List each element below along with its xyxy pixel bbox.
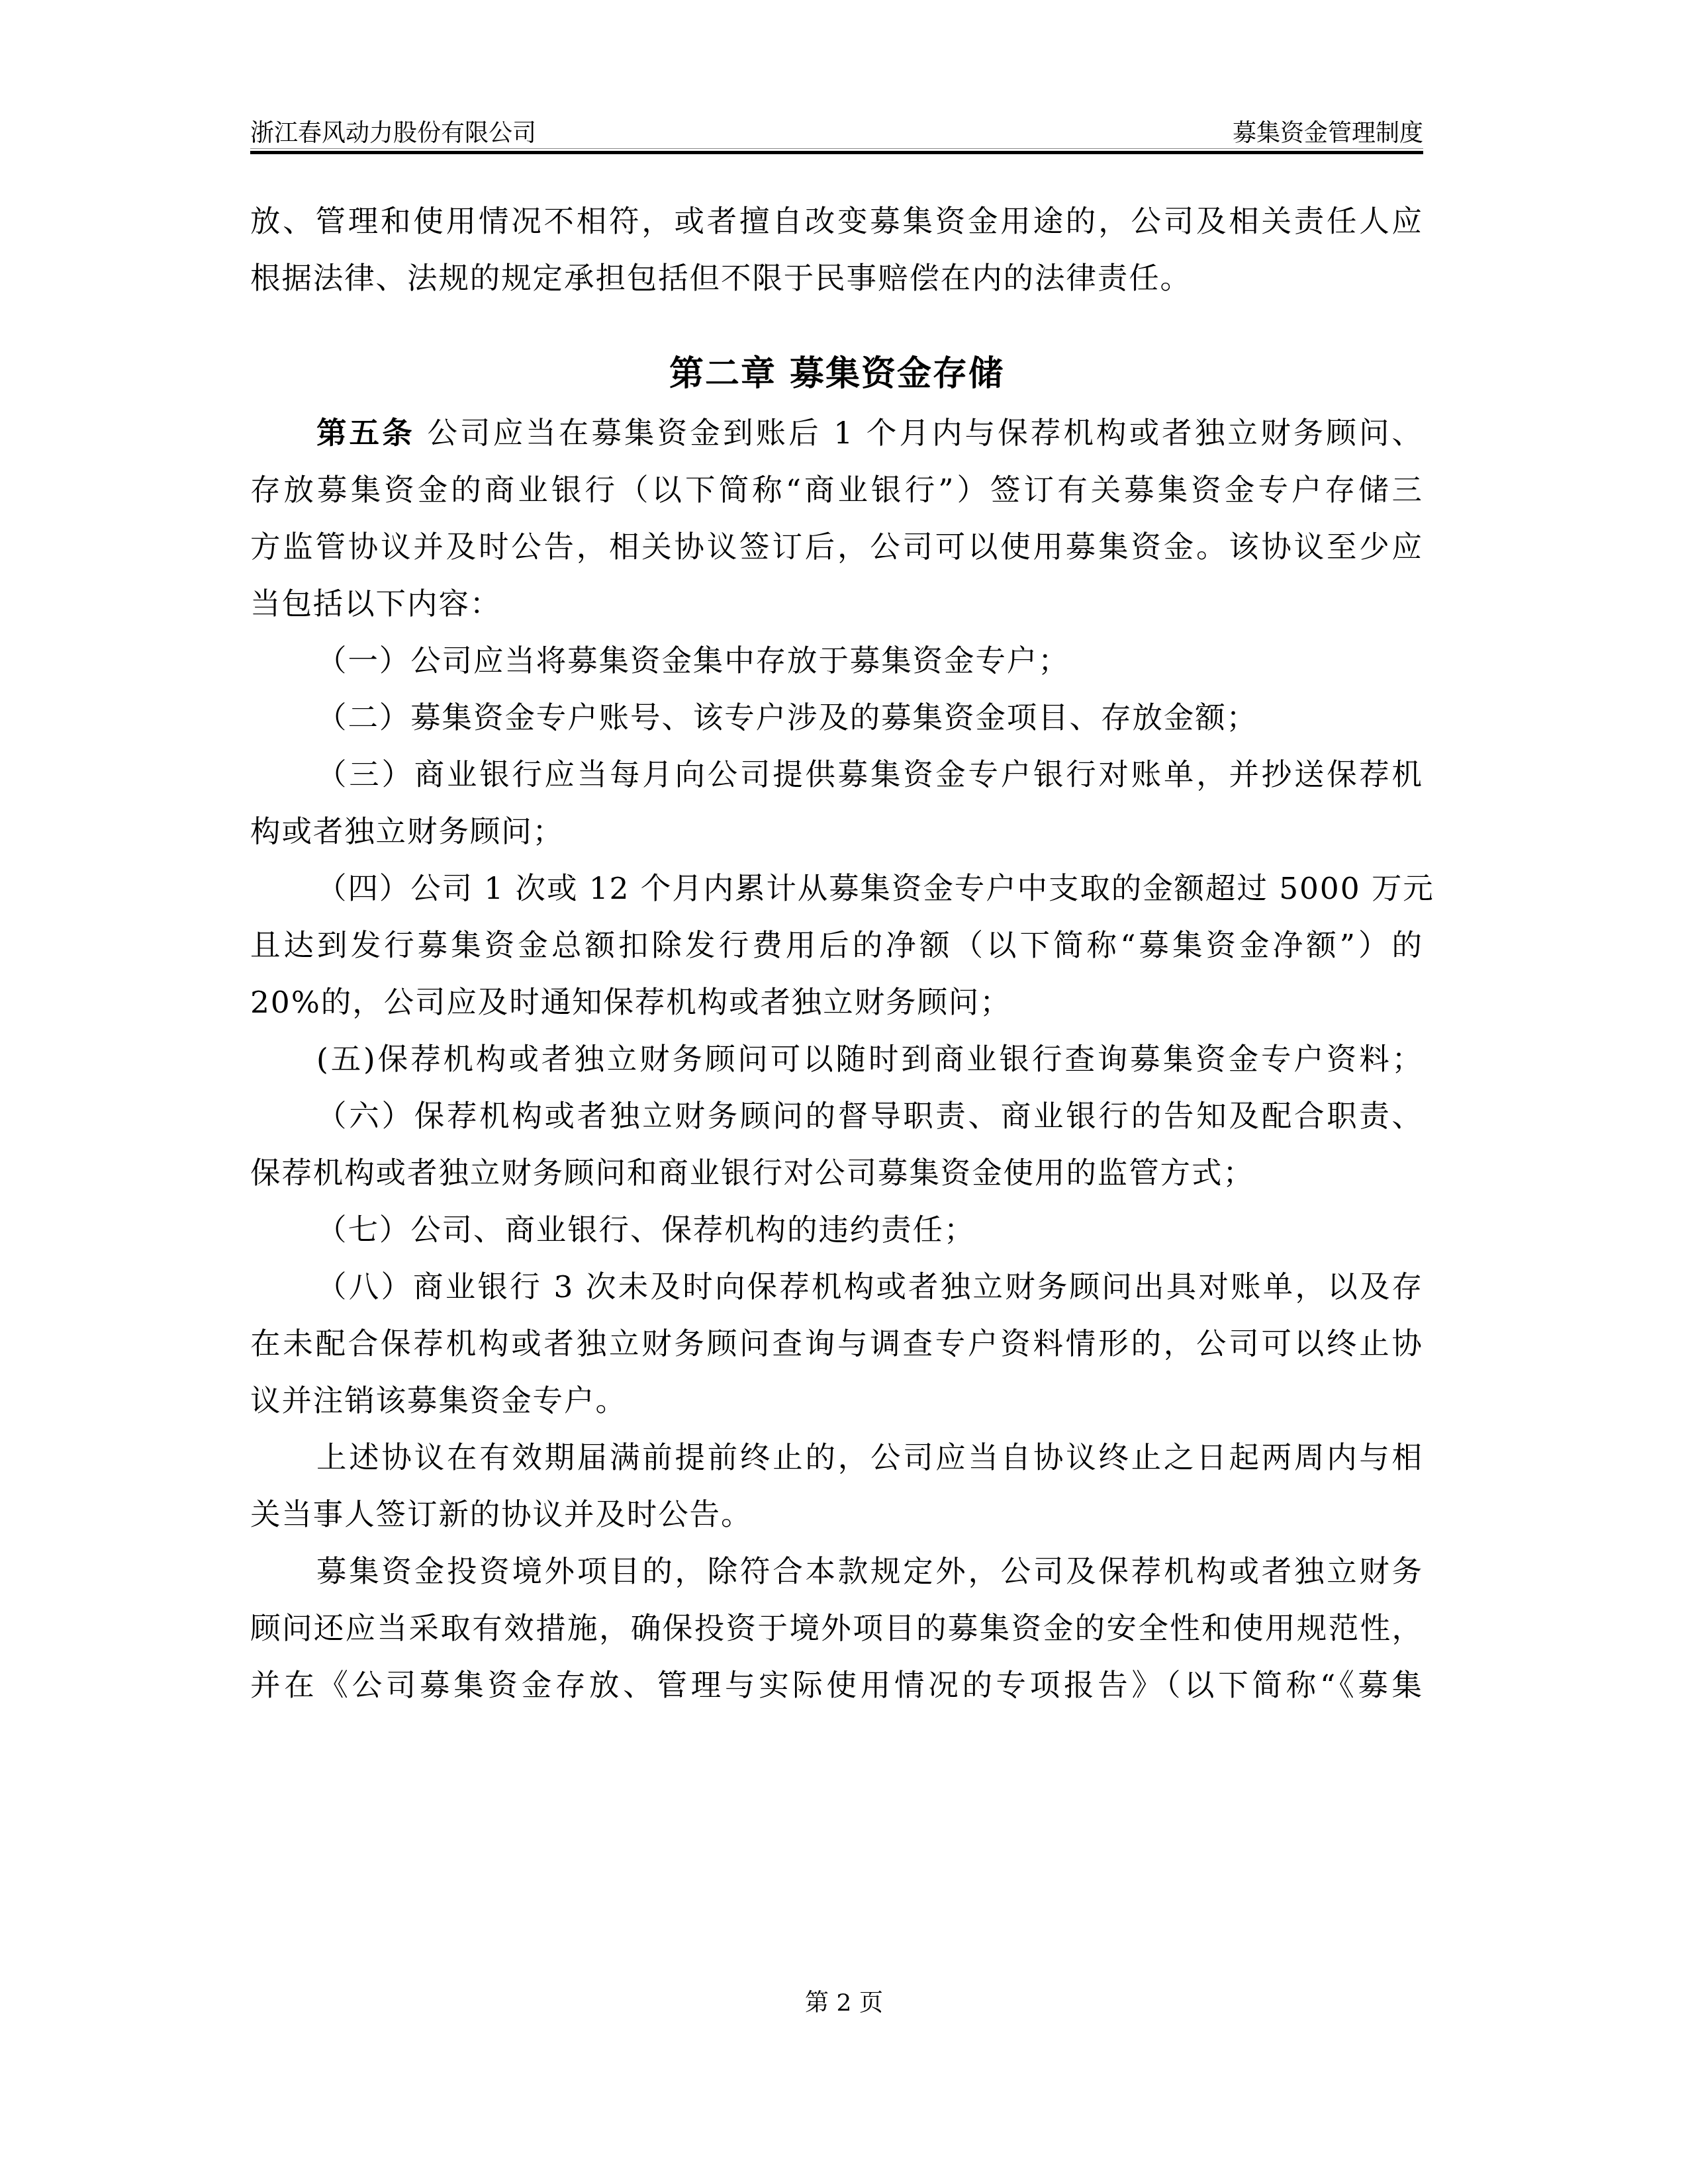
article-5-paragraph: 第五条 公司应当在募集资金到账后 1 个月内与保荐机构或者独立财务顾问、 存放募… <box>250 405 1423 633</box>
text-line: （六）保荐机构或者独立财务顾问的督导职责、商业银行的告知及配合职责、 <box>250 1088 1423 1145</box>
header-rule <box>250 151 1423 154</box>
text-line: （四）公司 1 次或 12 个月内累计从募集资金专户中支取的金额超过 5000 … <box>250 860 1423 917</box>
text-line: 顾问还应当采取有效措施，确保投资于境外项目的募集资金的安全性和使用规范性， <box>250 1600 1423 1657</box>
chapter-title: 第二章 募集资金存储 <box>250 345 1423 402</box>
text-line: （七）公司、商业银行、保荐机构的违约责任； <box>250 1202 1423 1259</box>
text-line: 且达到发行募集资金总额扣除发行费用后的净额（以下简称“募集资金净额”）的 <box>250 917 1423 974</box>
text-line: (五)保荐机构或者独立财务顾问可以随时到商业银行查询募集资金专户资料； <box>250 1031 1423 1088</box>
page-footer: 第 2 页 <box>0 1989 1688 2018</box>
page-number: 第 2 页 <box>805 1989 883 2017</box>
text-line: 第五条 公司应当在募集资金到账后 1 个月内与保荐机构或者独立财务顾问、 <box>250 405 1423 462</box>
header-document-title: 募集资金管理制度 <box>1233 119 1423 148</box>
text-line: 当包括以下内容： <box>250 576 1423 633</box>
continuation-paragraph: 放、管理和使用情况不相符，或者擅自改变募集资金用途的，公司及相关责任人应 根据法… <box>250 193 1423 307</box>
page-header: 浙江春风动力股份有限公司 募集资金管理制度 <box>250 111 1423 148</box>
text-line: 20%的，公司应及时通知保荐机构或者独立财务顾问； <box>250 974 1423 1031</box>
list-item-2: （二）募集资金专户账号、该专户涉及的募集资金项目、存放金额； <box>250 690 1423 747</box>
text-line: 议并注销该募集资金专户。 <box>250 1373 1423 1430</box>
text-line: 存放募集资金的商业银行（以下简称“商业银行”）签订有关募集资金专户存储三 <box>250 462 1423 519</box>
page-body: 放、管理和使用情况不相符，或者擅自改变募集资金用途的，公司及相关责任人应 根据法… <box>250 193 1423 1714</box>
article-text: 公司应当在募集资金到账后 1 个月内与保荐机构或者独立财务顾问、 <box>415 416 1423 451</box>
article-label: 第五条 <box>316 416 415 451</box>
list-item-5: (五)保荐机构或者独立财务顾问可以随时到商业银行查询募集资金专户资料； <box>250 1031 1423 1088</box>
text-line: 关当事人签订新的协议并及时公告。 <box>250 1486 1423 1543</box>
document-page: 浙江春风动力股份有限公司 募集资金管理制度 放、管理和使用情况不相符，或者擅自改… <box>0 0 1688 2184</box>
termination-paragraph: 上述协议在有效期届满前提前终止的，公司应当自协议终止之日起两周内与相 关当事人签… <box>250 1430 1423 1543</box>
text-line: 保荐机构或者独立财务顾问和商业银行对公司募集资金使用的监管方式； <box>250 1145 1423 1202</box>
list-item-7: （七）公司、商业银行、保荐机构的违约责任； <box>250 1202 1423 1259</box>
list-item-4: （四）公司 1 次或 12 个月内累计从募集资金专户中支取的金额超过 5000 … <box>250 860 1423 1031</box>
list-item-6: （六）保荐机构或者独立财务顾问的督导职责、商业银行的告知及配合职责、 保荐机构或… <box>250 1088 1423 1202</box>
overseas-paragraph: 募集资金投资境外项目的，除符合本款规定外，公司及保荐机构或者独立财务 顾问还应当… <box>250 1543 1423 1714</box>
header-rule-thin <box>250 148 1423 149</box>
text-line: 方监管协议并及时公告，相关协议签订后，公司可以使用募集资金。该协议至少应 <box>250 519 1423 576</box>
list-item-3: （三）商业银行应当每月向公司提供募集资金专户银行对账单，并抄送保荐机 构或者独立… <box>250 747 1423 860</box>
text-line: （三）商业银行应当每月向公司提供募集资金专户银行对账单，并抄送保荐机 <box>250 747 1423 803</box>
text-line: 募集资金投资境外项目的，除符合本款规定外，公司及保荐机构或者独立财务 <box>250 1543 1423 1600</box>
text-line: 根据法律、法规的规定承担包括但不限于民事赔偿在内的法律责任。 <box>250 250 1423 307</box>
text-line: 上述协议在有效期届满前提前终止的，公司应当自协议终止之日起两周内与相 <box>250 1430 1423 1486</box>
header-company-name: 浙江春风动力股份有限公司 <box>250 119 536 148</box>
list-item-8: （八）商业银行 3 次未及时向保荐机构或者独立财务顾问出具对账单，以及存 在未配… <box>250 1259 1423 1430</box>
text-line: （一）公司应当将募集资金集中存放于募集资金专户； <box>250 633 1423 690</box>
list-item-1: （一）公司应当将募集资金集中存放于募集资金专户； <box>250 633 1423 690</box>
text-line: 构或者独立财务顾问； <box>250 803 1423 860</box>
text-line: （八）商业银行 3 次未及时向保荐机构或者独立财务顾问出具对账单，以及存 <box>250 1259 1423 1316</box>
text-line: 放、管理和使用情况不相符，或者擅自改变募集资金用途的，公司及相关责任人应 <box>250 193 1423 250</box>
text-line: 在未配合保荐机构或者独立财务顾问查询与调查专户资料情形的，公司可以终止协 <box>250 1316 1423 1373</box>
text-line: 并在《公司募集资金存放、管理与实际使用情况的专项报告》（以下简称“《募集 <box>250 1657 1423 1714</box>
text-line: （二）募集资金专户账号、该专户涉及的募集资金项目、存放金额； <box>250 690 1423 747</box>
